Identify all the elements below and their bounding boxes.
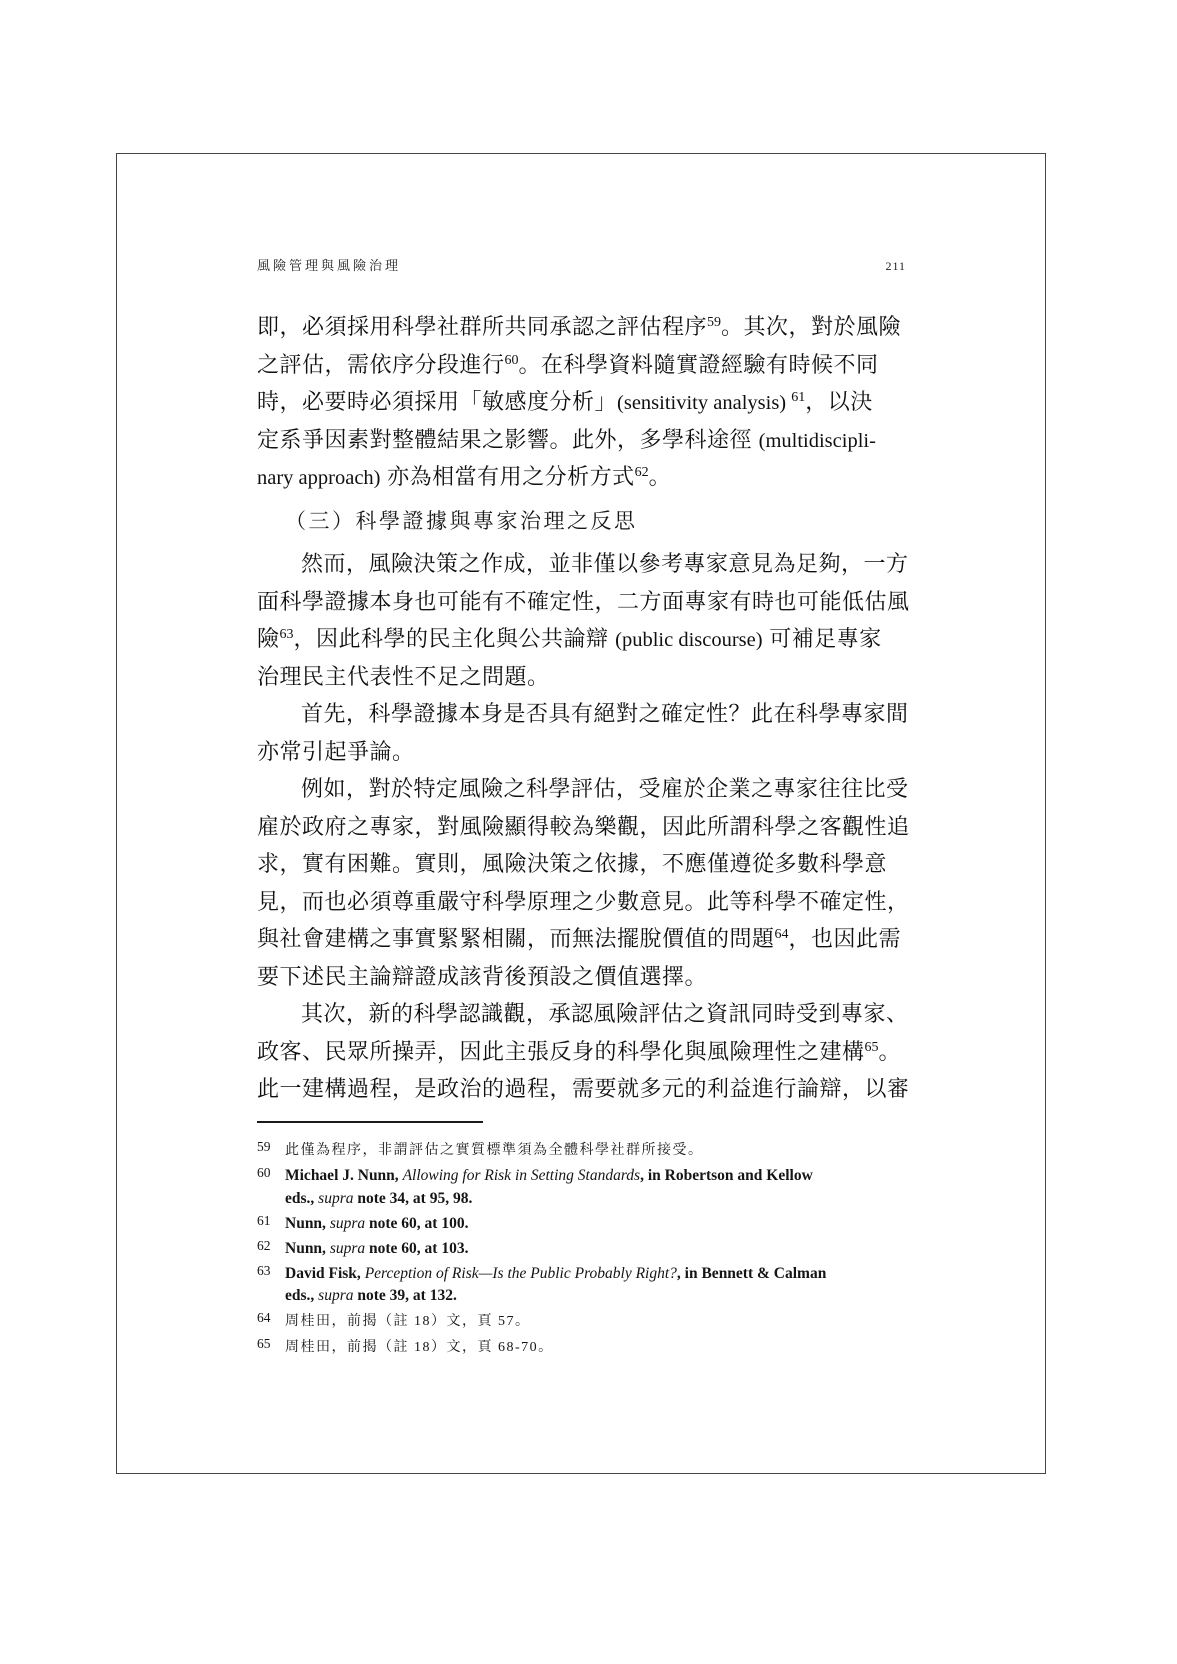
text-run: 此僅為程序，非謂評估之實質標準須為全體科學社群所接受。 bbox=[285, 1143, 704, 1158]
text-run: note 60, at 103. bbox=[365, 1240, 468, 1257]
footnote-item: 60Michael J. Nunn, Allowing for Risk in … bbox=[257, 1165, 925, 1210]
text-line: eds., supra note 34, at 95, 98. bbox=[285, 1188, 925, 1211]
text-run: 與社會建構之事實緊緊相關，而無法擺脫價值的問題 bbox=[257, 926, 775, 951]
text-run: 。 bbox=[879, 1039, 902, 1064]
text-run: supra bbox=[330, 1240, 365, 1257]
text-line: 見，而也必須尊重嚴守科學原理之少數意見。此等科學不確定性， bbox=[257, 883, 923, 921]
text-run: 雇於政府之專家，對風險顯得較為樂觀，因此所謂科學之客觀性追 bbox=[257, 814, 910, 839]
text-run: 險 bbox=[257, 626, 280, 651]
footnote-item: 59此僅為程序，非謂評估之實質標準須為全體科學社群所接受。 bbox=[257, 1139, 925, 1163]
paragraph: 例如，對於特定風險之科學評估，受雇於企業之專家往往比受雇於政府之專家，對風險顯得… bbox=[257, 770, 923, 995]
text-line: 定系爭因素對整體結果之影響。此外，多學科途徑 (multidiscipli- bbox=[257, 421, 923, 459]
footnote-number: 63 bbox=[257, 1260, 285, 1283]
text-line: 即，必須採用科學社群所共同承認之評估程序59。其次，對於風險 bbox=[257, 308, 923, 346]
footnote-text: 周桂田，前揭（註 18）文，頁 68-70。 bbox=[285, 1336, 925, 1360]
footnote-text: Michael J. Nunn, Allowing for Risk in Se… bbox=[285, 1165, 925, 1210]
text-run: 要下述民主論辯證成該背後預設之價值選擇。 bbox=[257, 964, 707, 989]
text-line: 然而，風險決策之作成，並非僅以參考專家意見為足夠，一方 bbox=[257, 545, 923, 583]
text-line: 要下述民主論辯證成該背後預設之價值選擇。 bbox=[257, 958, 923, 996]
footnote-item: 61Nunn, supra note 60, at 100. bbox=[257, 1213, 925, 1236]
footnote-reference-superscript: 65 bbox=[865, 1040, 879, 1055]
text-run: 。 bbox=[649, 464, 672, 489]
footnote-text: 周桂田，前揭（註 18）文，頁 57。 bbox=[285, 1310, 925, 1334]
footnote-reference-superscript: 60 bbox=[505, 353, 519, 368]
running-head-title: 風險管理與風險治理 bbox=[257, 255, 401, 274]
section-heading: （三）科學證據與專家治理之反思 bbox=[257, 502, 923, 540]
footnote-text: David Fisk, Perception of Risk—Is the Pu… bbox=[285, 1263, 925, 1308]
page-header: 風險管理與風險治理 211 bbox=[257, 255, 906, 274]
footnote-text: 此僅為程序，非謂評估之實質標準須為全體科學社群所接受。 bbox=[285, 1139, 925, 1163]
text-line: 亦常引起爭論。 bbox=[257, 733, 923, 771]
text-run: ，以決 bbox=[805, 389, 873, 414]
text-run: supra bbox=[330, 1215, 365, 1232]
text-run: 亦為相當有用之分析方式 bbox=[381, 464, 635, 489]
text-run: 面科學證據本身也可能有不確定性，二方面專家有時也可能低估風 bbox=[257, 589, 910, 614]
text-run: 時，必要時必須採用「敏感度分析」 bbox=[257, 389, 617, 414]
text-line: Michael J. Nunn, Allowing for Risk in Se… bbox=[285, 1165, 925, 1188]
text-run: (multidiscipli- bbox=[759, 430, 876, 452]
paragraph: 其次，新的科學認識觀，承認風險評估之資訊同時受到專家、政客、民眾所操弄，因此主張… bbox=[257, 995, 923, 1108]
text-line: nary approach) 亦為相當有用之分析方式62。 bbox=[257, 458, 923, 496]
footnote-item: 64周桂田，前揭（註 18）文，頁 57。 bbox=[257, 1310, 925, 1334]
text-run: eds., bbox=[285, 1190, 318, 1207]
text-run: (sensitivity analysis) bbox=[617, 392, 791, 414]
footnote-reference-superscript: 64 bbox=[775, 927, 789, 942]
footnote-number: 65 bbox=[257, 1333, 285, 1356]
text-line: 面科學證據本身也可能有不確定性，二方面專家有時也可能低估風 bbox=[257, 583, 923, 621]
text-run: Nunn, bbox=[285, 1240, 330, 1257]
footnote-item: 65周桂田，前揭（註 18）文，頁 68-70。 bbox=[257, 1336, 925, 1360]
text-run: 即，必須採用科學社群所共同承認之評估程序 bbox=[257, 314, 707, 339]
text-run: ，因此科學的民主化與公共論辯 bbox=[294, 626, 616, 651]
text-run: 之評估，需依序分段進行 bbox=[257, 352, 505, 377]
text-line: 險63，因此科學的民主化與公共論辯 (public discourse) 可補足… bbox=[257, 620, 923, 658]
text-run: , in Robertson and Kellow bbox=[640, 1167, 813, 1184]
footnote-reference-superscript: 61 bbox=[791, 390, 805, 405]
text-line: Nunn, supra note 60, at 100. bbox=[285, 1213, 925, 1236]
text-run: Perception of Risk—Is the Public Probabl… bbox=[365, 1265, 677, 1282]
text-line: 周桂田，前揭（註 18）文，頁 68-70。 bbox=[285, 1336, 925, 1360]
text-run: 周桂田，前揭（註 18）文，頁 68-70。 bbox=[285, 1340, 554, 1355]
footnotes-block: 59此僅為程序，非謂評估之實質標準須為全體科學社群所接受。60Michael J… bbox=[257, 1139, 925, 1362]
footnote-reference-superscript: 62 bbox=[635, 465, 649, 480]
text-line: 其次，新的科學認識觀，承認風險評估之資訊同時受到專家、 bbox=[257, 995, 923, 1033]
footnote-item: 63David Fisk, Perception of Risk—Is the … bbox=[257, 1263, 925, 1308]
text-line: 首先，科學證據本身是否具有絕對之確定性？此在科學專家間 bbox=[257, 695, 923, 733]
footnote-number: 59 bbox=[257, 1136, 285, 1159]
footnote-number: 61 bbox=[257, 1210, 285, 1233]
text-run: Allowing for Risk in Setting Standards bbox=[403, 1167, 641, 1184]
text-run: nary approach) bbox=[257, 467, 381, 489]
text-line: eds., supra note 39, at 132. bbox=[285, 1285, 925, 1308]
text-run: ，也因此需 bbox=[789, 926, 902, 951]
text-line: 此一建構過程，是政治的過程，需要就多元的利益進行論辯，以審 bbox=[257, 1070, 923, 1108]
text-line: 時，必要時必須採用「敏感度分析」(sensitivity analysis) 6… bbox=[257, 383, 923, 421]
footnote-number: 60 bbox=[257, 1162, 285, 1185]
text-line: Nunn, supra note 60, at 103. bbox=[285, 1238, 925, 1261]
text-run: （三）科學證據與專家治理之反思 bbox=[285, 509, 638, 533]
text-run: eds., bbox=[285, 1287, 318, 1304]
text-run: 。其次，對於風險 bbox=[721, 314, 901, 339]
text-run: , in Bennett & Calman bbox=[677, 1265, 826, 1282]
text-run: 其次，新的科學認識觀，承認風險評估之資訊同時受到專家、 bbox=[301, 1001, 909, 1026]
text-run: 然而，風險決策之作成，並非僅以參考專家意見為足夠，一方 bbox=[301, 551, 909, 576]
paragraph: 首先，科學證據本身是否具有絕對之確定性？此在科學專家間亦常引起爭論。 bbox=[257, 695, 923, 770]
text-run: 治理民主代表性不足之問題。 bbox=[257, 664, 550, 689]
text-line: 雇於政府之專家，對風險顯得較為樂觀，因此所謂科學之客觀性追 bbox=[257, 808, 923, 846]
text-run: note 34, at 95, 98. bbox=[354, 1190, 473, 1207]
text-run: 此一建構過程，是政治的過程，需要就多元的利益進行論辯，以審 bbox=[257, 1076, 910, 1101]
text-line: David Fisk, Perception of Risk—Is the Pu… bbox=[285, 1263, 925, 1286]
text-line: 周桂田，前揭（註 18）文，頁 57。 bbox=[285, 1310, 925, 1334]
text-run: 例如，對於特定風險之科學評估，受雇於企業之專家往往比受 bbox=[301, 776, 909, 801]
footnote-item: 62Nunn, supra note 60, at 103. bbox=[257, 1238, 925, 1261]
text-run: 求，實有困難。實則，風險決策之依據，不應僅遵從多數科學意 bbox=[257, 851, 887, 876]
text-run: 首先，科學證據本身是否具有絕對之確定性？此在科學專家間 bbox=[301, 701, 909, 726]
footnote-reference-superscript: 59 bbox=[707, 315, 721, 330]
text-line: 此僅為程序，非謂評估之實質標準須為全體科學社群所接受。 bbox=[285, 1139, 925, 1163]
footnote-separator-rule bbox=[257, 1121, 483, 1123]
text-run: 可補足專家 bbox=[763, 626, 882, 651]
body-text-block: 即，必須採用科學社群所共同承認之評估程序59。其次，對於風險之評估，需依序分段進… bbox=[257, 308, 923, 1108]
text-line: 例如，對於特定風險之科學評估，受雇於企業之專家往往比受 bbox=[257, 770, 923, 808]
text-run: Michael J. Nunn, bbox=[285, 1167, 403, 1184]
text-run: note 60, at 100. bbox=[365, 1215, 468, 1232]
text-run: 亦常引起爭論。 bbox=[257, 739, 415, 764]
text-line: 之評估，需依序分段進行60。在科學資料隨實證經驗有時候不同 bbox=[257, 346, 923, 384]
text-run: 。在科學資料隨實證經驗有時候不同 bbox=[519, 352, 879, 377]
footnote-text: Nunn, supra note 60, at 103. bbox=[285, 1238, 925, 1261]
paragraph: 即，必須採用科學社群所共同承認之評估程序59。其次，對於風險之評估，需依序分段進… bbox=[257, 308, 923, 496]
footnote-number: 62 bbox=[257, 1235, 285, 1258]
page-frame: 風險管理與風險治理 211 即，必須採用科學社群所共同承認之評估程序59。其次，… bbox=[116, 153, 1046, 1474]
paragraph: 然而，風險決策之作成，並非僅以參考專家意見為足夠，一方面科學證據本身也可能有不確… bbox=[257, 545, 923, 695]
text-run: supra bbox=[318, 1190, 353, 1207]
text-run: 定系爭因素對整體結果之影響。此外，多學科途徑 bbox=[257, 427, 759, 452]
footnote-text: Nunn, supra note 60, at 100. bbox=[285, 1213, 925, 1236]
text-run: 見，而也必須尊重嚴守科學原理之少數意見。此等科學不確定性， bbox=[257, 889, 910, 914]
text-line: 求，實有困難。實則，風險決策之依據，不應僅遵從多數科學意 bbox=[257, 845, 923, 883]
text-run: supra bbox=[318, 1287, 353, 1304]
footnote-reference-superscript: 63 bbox=[280, 627, 294, 642]
text-run: David Fisk, bbox=[285, 1265, 365, 1282]
text-line: （三）科學證據與專家治理之反思 bbox=[257, 502, 923, 540]
text-run: (public discourse) bbox=[615, 629, 762, 651]
text-line: 與社會建構之事實緊緊相關，而無法擺脫價值的問題64，也因此需 bbox=[257, 920, 923, 958]
text-run: 周桂田，前揭（註 18）文，頁 57。 bbox=[285, 1314, 531, 1329]
text-line: 政客、民眾所操弄，因此主張反身的科學化與風險理性之建構65。 bbox=[257, 1033, 923, 1071]
text-line: 治理民主代表性不足之問題。 bbox=[257, 658, 923, 696]
text-run: note 39, at 132. bbox=[354, 1287, 457, 1304]
text-run: 政客、民眾所操弄，因此主張反身的科學化與風險理性之建構 bbox=[257, 1039, 865, 1064]
text-run: Nunn, bbox=[285, 1215, 330, 1232]
footnote-number: 64 bbox=[257, 1307, 285, 1330]
page-number: 211 bbox=[885, 259, 906, 274]
